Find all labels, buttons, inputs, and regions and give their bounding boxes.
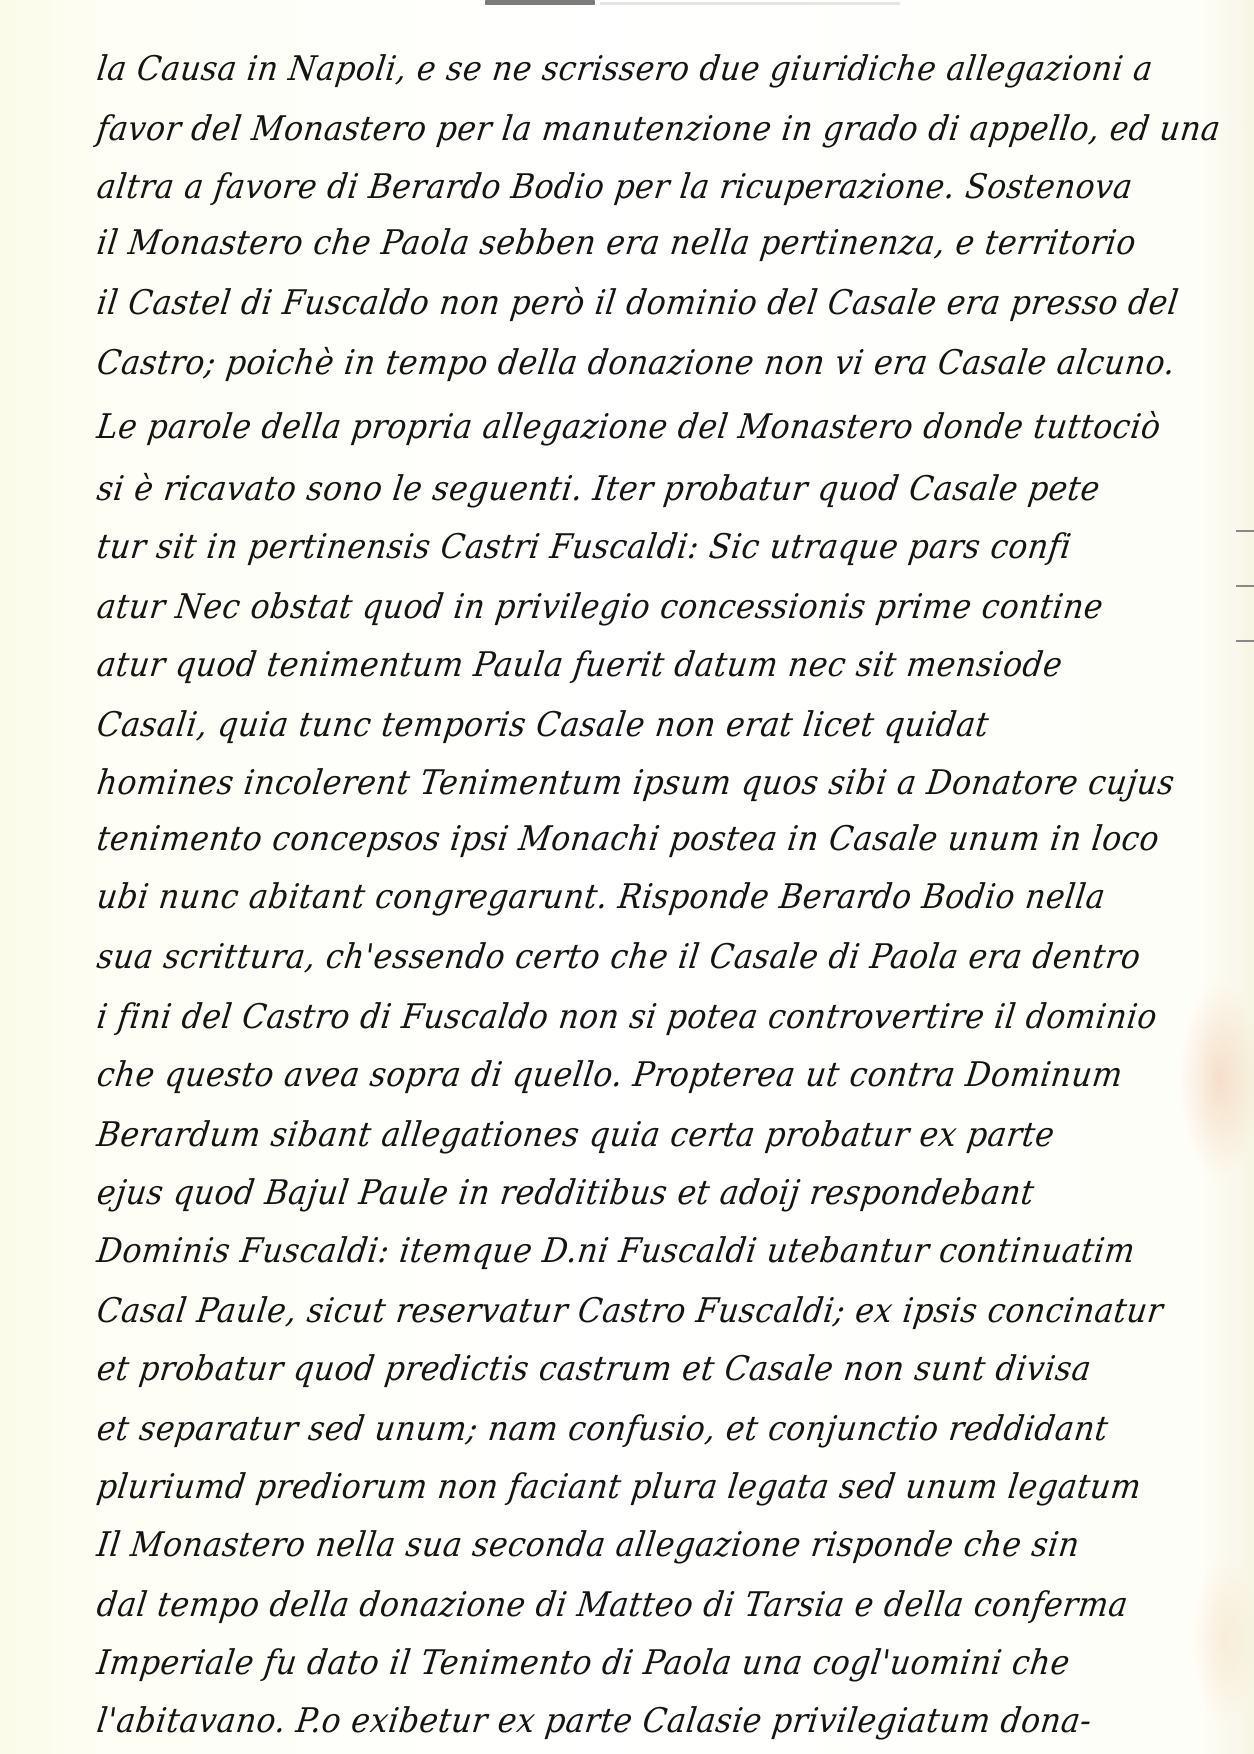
manuscript-page: la Causa in Napoli, e se ne scrissero du… [0,0,1254,1754]
text-line: il Castel di Fuscaldo non però il domini… [95,286,1181,320]
text-line: Imperiale fu dato il Tenimento di Paola … [95,1646,1072,1680]
text-line: Castro; poichè in tempo della donazione … [95,346,1177,380]
text-line: Casal Paule, sicut reservatur Castro Fus… [95,1294,1165,1328]
text-line: tenimento concepsos ipsi Monachi postea … [95,822,1161,856]
text-line: homines incolerent Tenimentum ipsum quos… [95,766,1177,800]
text-line: che questo avea sopra di quello. Propter… [95,1058,1125,1092]
text-line: si è ricavato sono le seguenti. Iter pro… [95,472,1102,506]
margin-mark [1236,640,1254,642]
text-line: pluriumd prediorum non faciant plura leg… [95,1470,1143,1504]
margin-mark [1236,585,1254,587]
text-line: altra a favore di Berardo Bodio per la r… [95,170,1135,204]
text-line: Dominis Fuscaldi: itemque D.ni Fuscaldi … [95,1234,1137,1268]
text-line: Le parole della propria allegazione del … [95,410,1163,444]
text-line: la Causa in Napoli, e se ne scrissero du… [95,52,1155,86]
text-line: l'abitavano. P.o exibetur ex parte Calas… [95,1704,1094,1738]
text-line: Berardum sibant allegationes quia certa … [95,1118,1057,1152]
text-line: il Monastero che Paola sebben era nella … [95,226,1138,260]
text-line: sua scrittura, ch'essendo certo che il C… [95,940,1143,974]
text-line: atur Nec obstat quod in privilegio conce… [95,590,1105,624]
text-line: et separatur sed unum; nam confusio, et … [95,1412,1110,1446]
text-line: et probatur quod predictis castrum et Ca… [95,1352,1093,1386]
top-faint-mark [600,2,900,5]
text-line: dal tempo della donazione di Matteo di T… [95,1588,1130,1622]
text-line: Il Monastero nella sua seconda allegazio… [95,1528,1082,1562]
top-ink-smudge [485,0,595,5]
text-line: ejus quod Bajul Paule in redditibus et a… [95,1176,1036,1210]
margin-mark [1236,530,1254,532]
text-line: tur sit in pertinensis Castri Fuscaldi: … [95,530,1073,564]
text-line: i fini del Castro di Fuscaldo non si pot… [95,1000,1159,1034]
text-line: ubi nunc abitant congregarunt. Risponde … [95,880,1107,914]
text-line: Casali, quia tunc temporis Casale non er… [95,708,991,742]
text-line: atur quod tenimentum Paula fuerit datum … [95,648,1064,682]
text-line: favor del Monastero per la manutenzione … [95,112,1222,146]
